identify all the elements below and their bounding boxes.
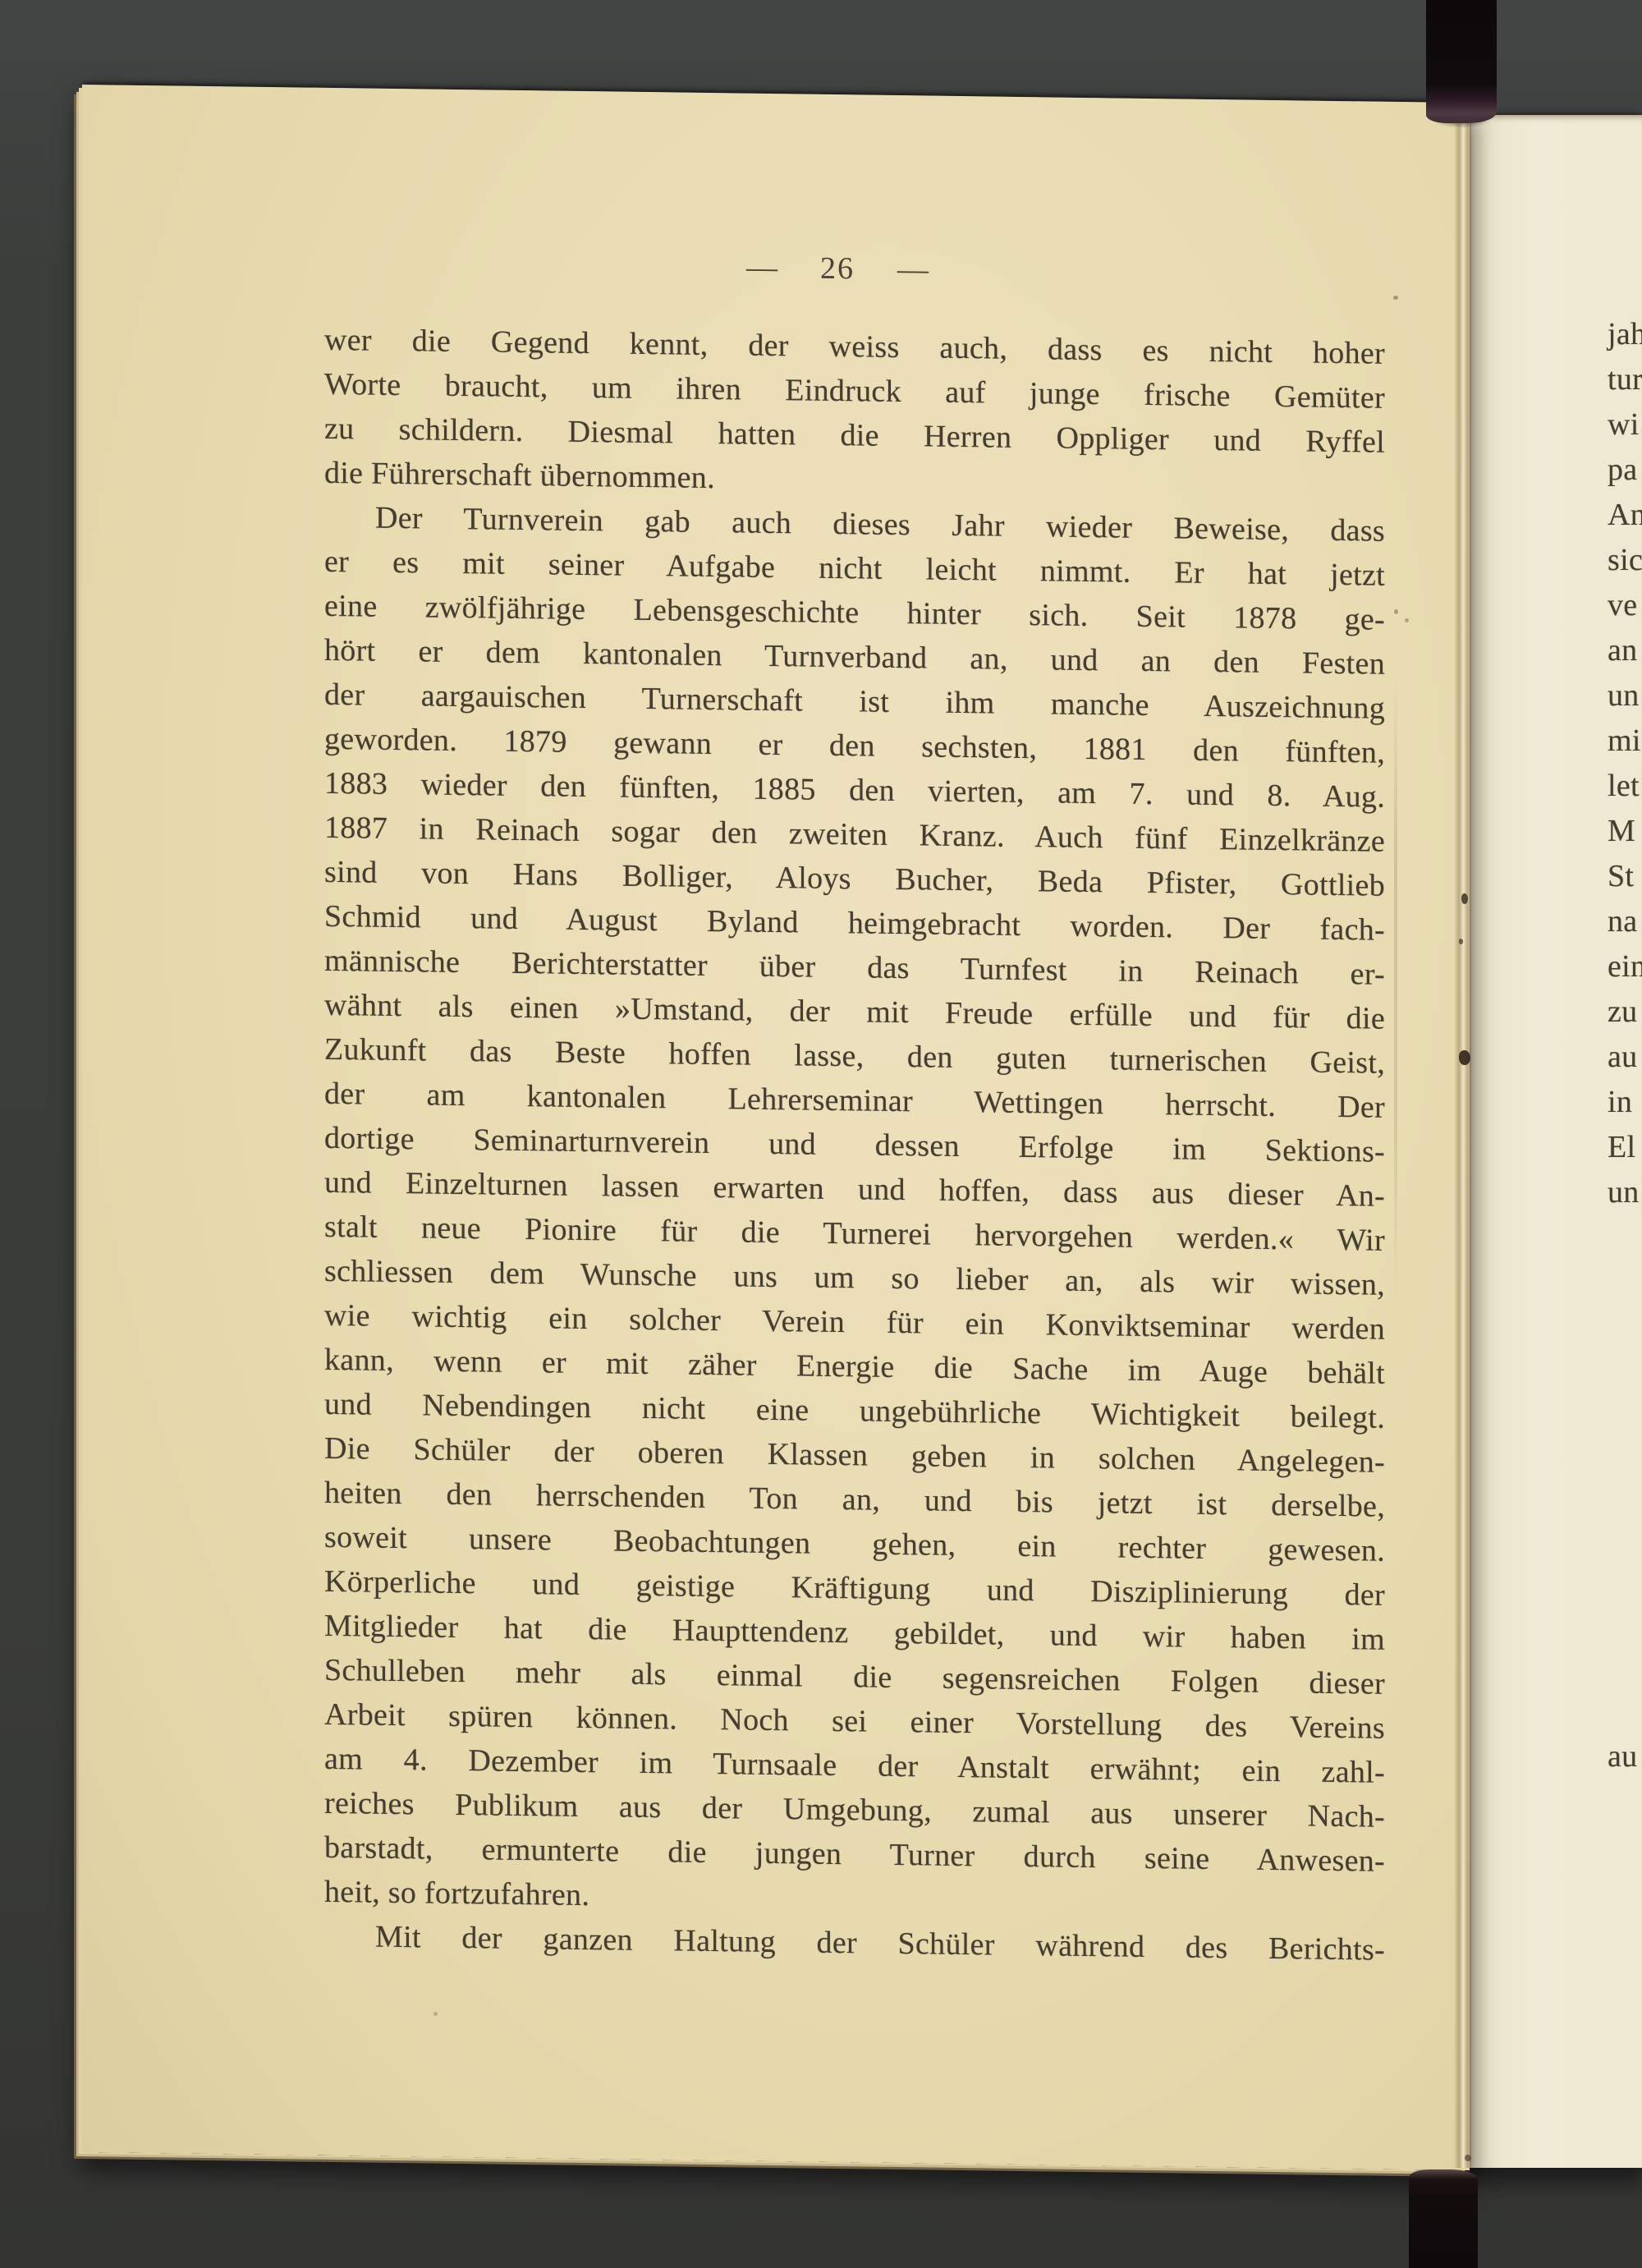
right-page-fragment: jah [1608,312,1642,356]
dust-speck [1405,618,1409,622]
page-header: — 26 — [308,244,1367,294]
page-number: 26 [820,250,855,287]
right-page-fragment: an [1608,628,1637,673]
book-scan: { "scan": { "left_page": { "header": { "… [0,0,1642,2268]
right-page: jahturwipaAnsicveanunmiletMStnaeinzuauin… [1447,115,1642,2168]
left-page: — 26 — wer die Gegend kennt, der weiss a… [82,85,1470,2170]
right-page-fragment: au [1608,1734,1637,1779]
dust-speck [1394,609,1398,614]
right-page-fragment: wi [1608,402,1640,447]
gutter-speck [1459,939,1463,944]
gutter-speck [1461,893,1468,904]
gutter-speck [1465,2155,1471,2161]
page-crease [1394,677,1397,1301]
text-block: wer die Gegend kennt, der weiss auch, da… [324,318,1385,1972]
right-page-fragment: pa [1608,448,1637,492]
spine-strip-top [1426,0,1497,123]
right-page-fragment: tur [1608,357,1642,402]
right-page-fragment: au [1608,1035,1637,1079]
right-page-fragment: in [1608,1080,1632,1124]
right-page-fragment: St [1608,854,1634,898]
gutter-speck [1459,1050,1470,1065]
dust-speck [433,2012,438,2016]
right-page-fragment: El [1608,1125,1635,1169]
header-dash-right: — [897,251,929,287]
right-page-fragment: M [1608,809,1635,853]
right-page-fragment: sic [1608,538,1642,582]
right-page-fragment: ve [1608,583,1637,627]
right-page-fragment: na [1608,899,1637,943]
right-page-fragment: let [1608,764,1640,808]
right-page-fragment: mi [1608,719,1641,763]
spine-strip-bottom [1409,2169,1478,2268]
right-page-fragment: ein [1608,944,1642,989]
right-page-fragment: un [1608,1170,1640,1214]
right-page-fragment: zu [1608,989,1637,1034]
gutter-fold [1454,115,1472,2168]
header-dash-left: — [746,250,777,286]
dust-speck [1393,296,1398,300]
right-page-fragment: un [1608,673,1640,718]
right-page-fragment: An [1608,493,1642,537]
